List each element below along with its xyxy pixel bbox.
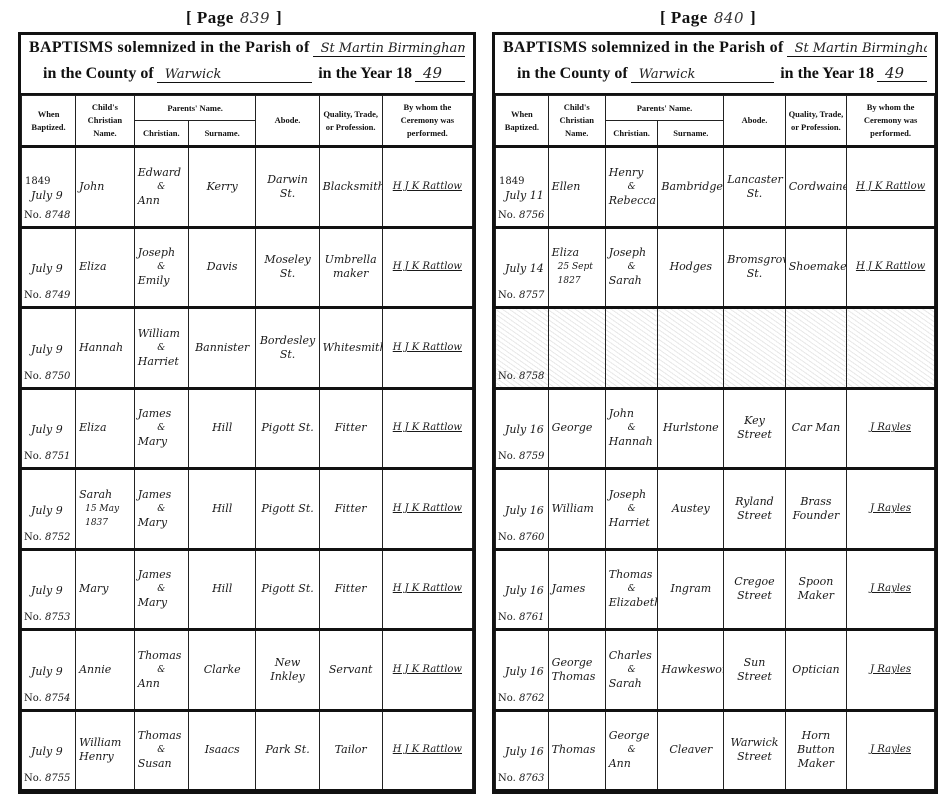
- cell-child-name: Ellen: [548, 147, 605, 228]
- ampersand: &: [138, 260, 185, 274]
- father-name: George: [609, 729, 655, 743]
- trade-value: Fitter: [335, 582, 367, 595]
- officiant-signature: J Rayles: [870, 664, 911, 675]
- register-page-left: [ Page839] BAPTISMS solemnized in the Pa…: [0, 0, 478, 800]
- officiant-signature: J Rayles: [870, 583, 911, 594]
- cell-trade: Horn Button Maker: [785, 710, 846, 791]
- father-name: Joseph: [609, 246, 655, 260]
- cell-officiant: J Rayles: [847, 469, 935, 550]
- father-name: James: [138, 568, 185, 582]
- cell-abode: Pigott St.: [256, 549, 319, 630]
- ampersand: &: [138, 421, 185, 435]
- entry-date: July 16: [499, 584, 545, 598]
- header-trade: Quality, Trade, or Profession.: [319, 96, 382, 147]
- entry-number: No. 8759: [498, 450, 544, 464]
- officiant-signature: H J K Rattlow: [393, 503, 462, 514]
- entry-date: July 11: [499, 189, 545, 203]
- cell-parents-christian: Joseph&Sarah: [605, 227, 658, 308]
- cell-when-baptized: July 9No. 8751: [22, 388, 76, 469]
- cell-abode: Sun Street: [724, 630, 785, 711]
- mother-name: Ann: [138, 677, 185, 691]
- cell-parents-christian: George&Ann: [605, 710, 658, 791]
- cell-abode: Darwin St.: [256, 147, 319, 228]
- entry-date: July 9: [25, 665, 72, 679]
- ampersand: &: [609, 180, 655, 194]
- entry-number-value: 8755: [45, 773, 70, 784]
- father-name: Thomas: [138, 649, 185, 663]
- cell-child-name: John: [76, 147, 135, 228]
- cell-child-name: William: [548, 469, 605, 550]
- cell-trade: Servant: [319, 630, 382, 711]
- cell-surname: Austey: [658, 469, 724, 550]
- entry-date: July 9: [25, 504, 72, 518]
- cell-surname: Cleaver: [658, 710, 724, 791]
- entry-number-label: No.: [498, 290, 516, 301]
- mother-name: Sarah: [609, 274, 655, 288]
- cell-parents-christian: Henry&Rebecca: [605, 147, 658, 228]
- trade-value: Fitter: [335, 502, 367, 515]
- cell-trade: Spoon Maker: [785, 549, 846, 630]
- title-prefix: BAPTISMS solemnized in the Parish of: [503, 39, 784, 57]
- entry-date: July 16: [499, 745, 545, 759]
- cell-officiant: H J K Rattlow: [382, 308, 472, 389]
- entry-number: No. 8762: [498, 692, 544, 706]
- officiant-signature: H J K Rattlow: [856, 261, 925, 272]
- cell-parents-christian: Thomas&Susan: [134, 710, 188, 791]
- abode-value: New Inkley: [270, 656, 304, 683]
- cell-when-baptized: July 16No. 8761: [496, 549, 549, 630]
- entry-number-label: No.: [498, 693, 516, 704]
- entry-number-label: No.: [498, 773, 516, 784]
- cell-trade: Brass Founder: [785, 469, 846, 550]
- child-name: Sarah: [79, 488, 112, 501]
- surname-value: Hill: [212, 421, 232, 434]
- birth-date: 25 Sept 1827: [552, 260, 602, 288]
- entry-number-label: No.: [24, 451, 42, 462]
- father-name: James: [138, 488, 185, 502]
- surname-value: Hill: [212, 582, 232, 595]
- cell-abode: Moseley St.: [256, 227, 319, 308]
- cell-when-baptized: 1849July 9No. 8748: [22, 147, 76, 228]
- cell-when-baptized: July 9No. 8753: [22, 549, 76, 630]
- abode-value: Moseley St.: [264, 253, 310, 280]
- register-frame: BAPTISMS solemnized in the Parish of St …: [18, 32, 476, 794]
- trade-value: Blacksmith: [323, 180, 383, 193]
- entry-number: No. 8755: [24, 772, 70, 786]
- entry-number-label: No.: [498, 532, 516, 543]
- cell-parents-christian: James&Mary: [134, 388, 188, 469]
- ampersand: &: [138, 582, 185, 596]
- abode-value: Bordesley St.: [260, 334, 315, 361]
- table-row: July 9No. 8749ElizaJoseph&EmilyDavisMose…: [22, 227, 473, 308]
- mother-name: Susan: [138, 757, 185, 771]
- cell-when-baptized: July 16No. 8762: [496, 630, 549, 711]
- cell-abode: Bromsgrove St.: [724, 227, 785, 308]
- entry-number-value: 8760: [519, 532, 544, 543]
- entry-date: July 14: [499, 262, 545, 276]
- baptism-table: When Baptized. Child's Christian Name. P…: [495, 95, 935, 792]
- cell-child-name: Hannah: [76, 308, 135, 389]
- child-name: William Henry: [79, 736, 121, 763]
- trade-value: Car Man: [792, 421, 841, 434]
- entry-number-value: 8754: [45, 693, 70, 704]
- cell-when-baptized: July 9No. 8755: [22, 710, 76, 791]
- entry-date: July 9: [25, 584, 72, 598]
- cell-parents-christian: John&Hannah: [605, 388, 658, 469]
- header-abode: Abode.: [724, 96, 785, 147]
- entry-date: July 16: [499, 504, 545, 518]
- cell-parents-christian: William&Harriet: [134, 308, 188, 389]
- child-name: John: [79, 180, 104, 193]
- table-row: July 9No. 8755William HenryThomas&SusanI…: [22, 710, 473, 791]
- header-surname: Surname.: [188, 121, 256, 147]
- table-row: July 9No. 8752Sarah15 May 1837James&Mary…: [22, 469, 473, 550]
- cell-abode: Lancaster St.: [724, 147, 785, 228]
- abode-value: Bromsgrove St.: [727, 253, 785, 280]
- child-name: Mary: [79, 582, 108, 595]
- entry-number-value: 8762: [519, 693, 544, 704]
- cell-trade: Optician: [785, 630, 846, 711]
- table-row: July 9No. 8750HannahWilliam&HarrietBanni…: [22, 308, 473, 389]
- cell-officiant: J Rayles: [847, 549, 935, 630]
- cell-trade: Blacksmith: [319, 147, 382, 228]
- entry-number-label: No.: [24, 532, 42, 543]
- entry-number: No. 8756: [498, 209, 544, 223]
- cell-child-name: George: [548, 388, 605, 469]
- entry-year: 1849: [499, 175, 545, 189]
- cell-trade: [785, 308, 846, 389]
- cell-surname: Clarke: [188, 630, 256, 711]
- entry-number-label: No.: [498, 210, 516, 221]
- cell-trade: Cordwainer: [785, 147, 846, 228]
- surname-value: Ingram: [670, 582, 711, 595]
- surname-value: Bambridge: [661, 180, 722, 193]
- cell-abode: [724, 308, 785, 389]
- cell-surname: Kerry: [188, 147, 256, 228]
- cell-surname: Hill: [188, 469, 256, 550]
- father-name: Edward: [138, 166, 185, 180]
- trade-value: Brass Founder: [793, 495, 840, 522]
- ampersand: &: [138, 743, 185, 757]
- birth-date: 15 May 1837: [79, 502, 131, 530]
- ampersand: &: [138, 663, 185, 677]
- cell-parents-christian: [605, 308, 658, 389]
- entries-left: 1849July 9No. 8748JohnEdward&AnnKerryDar…: [22, 147, 473, 791]
- mother-name: Mary: [138, 516, 185, 530]
- header-trade: Quality, Trade, or Profession.: [785, 96, 846, 147]
- entry-number: No. 8758: [498, 370, 544, 384]
- entry-number-value: 8756: [519, 210, 544, 221]
- entry-number-value: 8757: [519, 290, 544, 301]
- cell-when-baptized: July 16No. 8760: [496, 469, 549, 550]
- cell-parents-christian: James&Mary: [134, 469, 188, 550]
- officiant-signature: H J K Rattlow: [856, 181, 925, 192]
- trade-value: Umbrella maker: [325, 253, 377, 280]
- cell-child-name: Mary: [76, 549, 135, 630]
- entry-number: No. 8751: [24, 450, 70, 464]
- entry-number-value: 8751: [45, 451, 70, 462]
- cell-child-name: Eliza25 Sept 1827: [548, 227, 605, 308]
- year-prefix: in the Year 18: [318, 65, 412, 83]
- father-name: John: [609, 407, 655, 421]
- ampersand: &: [138, 180, 185, 194]
- county-name: Warwick: [157, 67, 313, 83]
- mother-name: Sarah: [609, 677, 655, 691]
- cell-officiant: H J K Rattlow: [847, 227, 935, 308]
- cell-child-name: Eliza: [76, 388, 135, 469]
- cell-when-baptized: 1849July 11No. 8756: [496, 147, 549, 228]
- officiant-signature: H J K Rattlow: [393, 583, 462, 594]
- child-name: James: [552, 582, 586, 595]
- entry-number-value: 8750: [45, 371, 70, 382]
- cell-child-name: Sarah15 May 1837: [76, 469, 135, 550]
- cell-surname: Bambridge: [658, 147, 724, 228]
- ampersand: &: [138, 341, 185, 355]
- surname-value: Hill: [212, 502, 232, 515]
- abode-value: Ryland Street: [735, 495, 774, 522]
- mother-name: Rebecca: [609, 194, 655, 208]
- header-christian: Christian.: [605, 121, 658, 147]
- abode-value: Darwin St.: [267, 173, 308, 200]
- register-frame: BAPTISMS solemnized in the Parish of St …: [492, 32, 938, 794]
- register-page-right: [ Page840] BAPTISMS solemnized in the Pa…: [484, 0, 952, 800]
- header-when: When Baptized.: [496, 96, 549, 147]
- year-suffix: 49: [877, 66, 927, 82]
- father-name: James: [138, 407, 185, 421]
- cell-surname: Bannister: [188, 308, 256, 389]
- child-name: Eliza: [79, 421, 106, 434]
- entry-date: July 9: [25, 189, 72, 203]
- cell-when-baptized: July 16No. 8759: [496, 388, 549, 469]
- table-row: July 16No. 8761JamesThomas&ElizabethIngr…: [496, 549, 935, 630]
- cell-abode: Park St.: [256, 710, 319, 791]
- entry-number-value: 8761: [519, 612, 544, 623]
- entry-number-label: No.: [24, 612, 42, 623]
- entry-date: July 9: [25, 262, 72, 276]
- surname-value: Austey: [672, 502, 710, 515]
- officiant-signature: H J K Rattlow: [393, 664, 462, 675]
- cell-trade: Car Man: [785, 388, 846, 469]
- child-name: Eliza: [79, 260, 106, 273]
- trade-value: Optician: [792, 663, 839, 676]
- header-child: Child's Christian Name.: [76, 96, 135, 147]
- entry-date: July 9: [25, 343, 72, 357]
- page-number-value: 840: [714, 9, 744, 27]
- year-prefix: in the Year 18: [780, 65, 874, 83]
- page-number-label: [ Page839]: [186, 8, 282, 28]
- cell-officiant: J Rayles: [847, 388, 935, 469]
- cell-child-name: Eliza: [76, 227, 135, 308]
- register-title: BAPTISMS solemnized in the Parish of St …: [495, 35, 935, 95]
- parish-name: St Martin Birmingham: [787, 41, 927, 57]
- trade-value: Cordwainer: [789, 180, 847, 193]
- ampersand: &: [138, 502, 185, 516]
- abode-value: Cregoe Street: [734, 575, 774, 602]
- officiant-signature: H J K Rattlow: [393, 342, 462, 353]
- table-row: July 9No. 8751ElizaJames&MaryHillPigott …: [22, 388, 473, 469]
- table-row: 1849July 9No. 8748JohnEdward&AnnKerryDar…: [22, 147, 473, 228]
- entry-date: July 16: [499, 423, 545, 437]
- abode-value: Key Street: [737, 414, 772, 441]
- surname-value: Hawkesworth: [661, 663, 723, 676]
- entry-number-label: No.: [24, 773, 42, 784]
- cell-abode: Warwick Street: [724, 710, 785, 791]
- cell-child-name: William Henry: [76, 710, 135, 791]
- abode-value: Park St.: [265, 743, 309, 756]
- entry-number-label: No.: [24, 371, 42, 382]
- cell-abode: Ryland Street: [724, 469, 785, 550]
- entry-number: No. 8749: [24, 289, 70, 303]
- cell-officiant: H J K Rattlow: [382, 147, 472, 228]
- table-row: No. 8758: [496, 308, 935, 389]
- page-number-label: [ Page840]: [660, 8, 756, 28]
- cell-trade: Whitesmith: [319, 308, 382, 389]
- cell-officiant: H J K Rattlow: [382, 549, 472, 630]
- cell-child-name: [548, 308, 605, 389]
- entry-number-value: 8759: [519, 451, 544, 462]
- mother-name: Mary: [138, 596, 185, 610]
- county-prefix: in the County of: [517, 65, 628, 83]
- entry-number-label: No.: [24, 290, 42, 301]
- cell-surname: Hill: [188, 549, 256, 630]
- cell-parents-christian: Thomas&Elizabeth: [605, 549, 658, 630]
- cell-parents-christian: Charles&Sarah: [605, 630, 658, 711]
- entry-number-value: 8763: [519, 773, 544, 784]
- entry-number: No. 8757: [498, 289, 544, 303]
- father-name: Joseph: [609, 488, 655, 502]
- ampersand: &: [609, 260, 655, 274]
- child-name: Ellen: [552, 180, 581, 193]
- cell-trade: Tailor: [319, 710, 382, 791]
- surname-value: Clarke: [204, 663, 241, 676]
- entry-number-value: 8749: [45, 290, 70, 301]
- ampersand: &: [609, 421, 655, 435]
- abode-value: Warwick Street: [731, 736, 779, 763]
- cell-surname: [658, 308, 724, 389]
- year-suffix: 49: [415, 66, 465, 82]
- mother-name: Elizabeth: [609, 596, 655, 610]
- father-name: Charles: [609, 649, 655, 663]
- father-name: William: [138, 327, 185, 341]
- cell-when-baptized: July 9No. 8752: [22, 469, 76, 550]
- entry-number: No. 8753: [24, 611, 70, 625]
- child-name: Thomas: [552, 743, 596, 756]
- abode-value: Sun Street: [737, 656, 772, 683]
- header-by-whom: By whom the Ceremony was performed.: [847, 96, 935, 147]
- cell-surname: Ingram: [658, 549, 724, 630]
- cell-abode: Key Street: [724, 388, 785, 469]
- cell-parents-christian: Joseph&Emily: [134, 227, 188, 308]
- page-number-value: 839: [240, 9, 270, 27]
- trade-value: Whitesmith: [323, 341, 383, 354]
- surname-value: Davis: [207, 260, 238, 273]
- cell-child-name: George Thomas: [548, 630, 605, 711]
- cell-abode: Bordesley St.: [256, 308, 319, 389]
- trade-value: Horn Button Maker: [797, 729, 835, 770]
- cell-parents-christian: Joseph&Harriet: [605, 469, 658, 550]
- surname-value: Hurlstone: [663, 421, 719, 434]
- cell-when-baptized: July 9No. 8750: [22, 308, 76, 389]
- cell-abode: New Inkley: [256, 630, 319, 711]
- table-row: July 16No. 8760WilliamJoseph&HarrietAust…: [496, 469, 935, 550]
- mother-name: Mary: [138, 435, 185, 449]
- entry-number-label: No.: [24, 693, 42, 704]
- cell-when-baptized: July 14No. 8757: [496, 227, 549, 308]
- baptism-table: When Baptized. Child's Christian Name. P…: [21, 95, 473, 792]
- surname-value: Bannister: [195, 341, 249, 354]
- trade-value: Fitter: [335, 421, 367, 434]
- child-name: George: [552, 421, 593, 434]
- entry-number-value: 8752: [45, 532, 70, 543]
- cell-trade: Umbrella maker: [319, 227, 382, 308]
- register-title: BAPTISMS solemnized in the Parish of St …: [21, 35, 473, 95]
- header-christian: Christian.: [134, 121, 188, 147]
- father-name: Henry: [609, 166, 655, 180]
- entry-number-label: No.: [24, 210, 42, 221]
- officiant-signature: H J K Rattlow: [393, 261, 462, 272]
- officiant-signature: H J K Rattlow: [393, 181, 462, 192]
- entry-year: 1849: [25, 175, 72, 189]
- cell-officiant: H J K Rattlow: [847, 147, 935, 228]
- officiant-signature: J Rayles: [870, 503, 911, 514]
- surname-value: Isaacs: [205, 743, 240, 756]
- entries-right: 1849July 11No. 8756EllenHenry&RebeccaBam…: [496, 147, 935, 791]
- entry-number-value: 8758: [519, 371, 544, 382]
- cell-surname: Isaacs: [188, 710, 256, 791]
- header-parents: Parents' Name.: [134, 96, 256, 121]
- cell-officiant: [847, 308, 935, 389]
- child-name: Annie: [79, 663, 111, 676]
- mother-name: Ann: [138, 194, 185, 208]
- cell-when-baptized: July 9No. 8754: [22, 630, 76, 711]
- abode-value: Pigott St.: [261, 582, 313, 595]
- abode-value: Pigott St.: [261, 421, 313, 434]
- cell-officiant: H J K Rattlow: [382, 227, 472, 308]
- cell-trade: Fitter: [319, 549, 382, 630]
- table-row: July 14No. 8757Eliza25 Sept 1827Joseph&S…: [496, 227, 935, 308]
- entry-number: No. 8752: [24, 531, 70, 545]
- trade-value: Spoon Maker: [798, 575, 834, 602]
- ampersand: &: [609, 582, 655, 596]
- surname-value: Kerry: [207, 180, 238, 193]
- entry-number: No. 8763: [498, 772, 544, 786]
- trade-value: Shoemaker: [789, 260, 847, 273]
- cell-parents-christian: James&Mary: [134, 549, 188, 630]
- cell-when-baptized: July 9No. 8749: [22, 227, 76, 308]
- cell-surname: Hurlstone: [658, 388, 724, 469]
- title-prefix: BAPTISMS solemnized in the Parish of: [29, 39, 310, 57]
- cell-trade: Fitter: [319, 469, 382, 550]
- mother-name: Hannah: [609, 435, 655, 449]
- entry-number-label: No.: [498, 451, 516, 462]
- officiant-signature: J Rayles: [870, 744, 911, 755]
- entry-number: No. 8748: [24, 209, 70, 223]
- cell-officiant: H J K Rattlow: [382, 630, 472, 711]
- entry-number-label: No.: [498, 371, 516, 382]
- table-row: July 9No. 8753MaryJames&MaryHillPigott S…: [22, 549, 473, 630]
- entry-number: No. 8761: [498, 611, 544, 625]
- cell-surname: Hawkesworth: [658, 630, 724, 711]
- table-row: July 16No. 8759GeorgeJohn&HannahHurlston…: [496, 388, 935, 469]
- cell-when-baptized: No. 8758: [496, 308, 549, 389]
- cell-when-baptized: July 16No. 8763: [496, 710, 549, 791]
- officiant-signature: H J K Rattlow: [393, 744, 462, 755]
- ampersand: &: [609, 743, 655, 757]
- table-row: July 16No. 8762George ThomasCharles&Sara…: [496, 630, 935, 711]
- mother-name: Harriet: [609, 516, 655, 530]
- county-name: Warwick: [631, 67, 775, 83]
- header-child: Child's Christian Name.: [548, 96, 605, 147]
